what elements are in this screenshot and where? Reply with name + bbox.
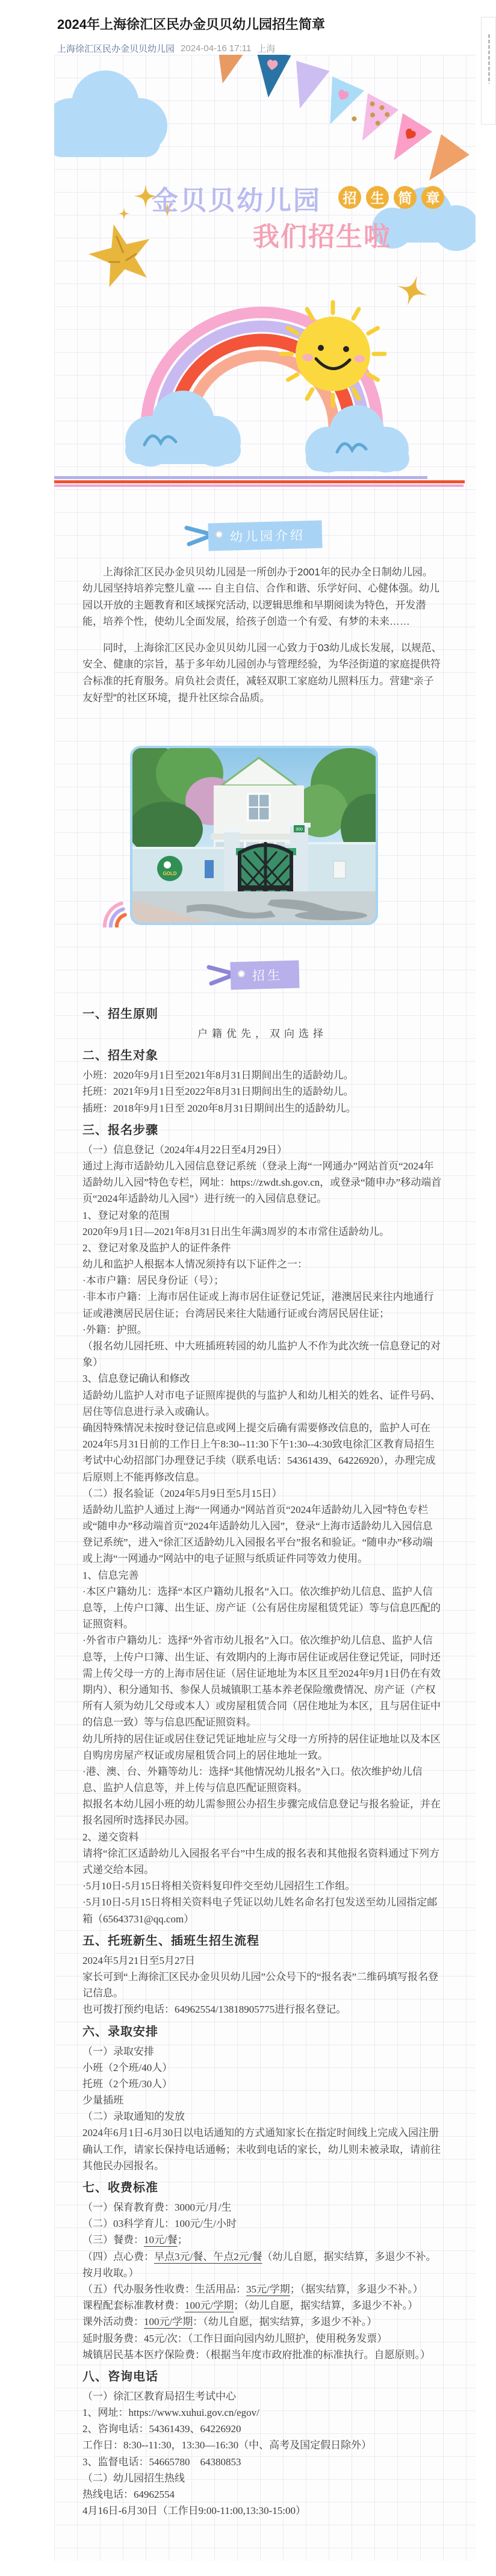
tag-hole-icon (215, 531, 223, 538)
article-paragraph: ·5月10日-5月15日将相关资料复印件交至幼儿园招生工作组。 (82, 1878, 442, 1894)
banner-badge: 招 (338, 186, 361, 209)
article-paragraph: 户籍优先，双向选择 (82, 1026, 442, 1042)
cloud-bottom-right-icon (305, 405, 409, 472)
article-paragraph: 通过上海市适龄幼儿入园信息登记系统（登录上海“一网通办”网站首页“2024年适龄… (82, 1158, 442, 1207)
article-paragraph: 2、递交资料 (82, 1829, 442, 1845)
cloud-bottom-left-icon (125, 391, 241, 466)
banner-badge: 简 (394, 186, 417, 209)
cloud-top-left-icon (54, 70, 167, 157)
stripe-red (54, 480, 465, 483)
article-paragraph: 2020年9月1日—2021年8月31日出生年满3周岁的本市常住适龄幼儿。 (82, 1224, 442, 1240)
article-paragraph: （一）保育教育费：3000元/月/生 (82, 2199, 442, 2215)
article-paragraph: 3、监督电话：54665780 64380853 (82, 2454, 442, 2470)
article-paragraph: 4月16日-6月30日（工作日9:00-11:00,13:30-15:00） (82, 2503, 442, 2519)
banner-slogan: 我们招生啦 (253, 215, 391, 253)
article-paragraph: 插班：2018年9月1日至 2020年8月31日期间出生的适龄幼儿。 (82, 1100, 442, 1116)
rainbow-decal-icon (94, 893, 131, 927)
article-paragraph: ·5月10日-5月15日将相关资料电子凭证以幼儿姓名命名打包发送至幼儿园指定邮箱… (82, 1894, 442, 1927)
article-paragraph: （五）代办服务性收费：生活用品：35元/学期；（据实结算，多退少不补。） (82, 2281, 442, 2297)
article-paragraph: 少量插班 (82, 2092, 442, 2108)
article-heading: 一、招生原则 (82, 1005, 442, 1024)
article-paragraph: 托班（2个班/30人） (82, 2076, 442, 2092)
article-paragraph: （二）报名验证（2024年5月9日至5月15日） (82, 1485, 442, 1502)
tag-hole-icon (238, 970, 245, 977)
article-paragraph: ·本市户籍：居民身份证（号）； (82, 1272, 442, 1289)
article-paragraph: ·港、澳、台、外籍等幼儿：选择“其他情况幼儿报名”入口。依次维护幼儿信息、监护人… (82, 1763, 442, 1796)
svg-text:300: 300 (296, 828, 303, 832)
article-header: 2024年上海徐汇区民办金贝贝幼儿园招生简章 上海徐汇区民办金贝贝幼儿园 202… (0, 0, 496, 55)
article-paragraph: 也可拨打预约电话：64962554/13818905775进行报名登记。 (82, 2001, 442, 2017)
article-paragraph: 幼儿和监护人根据本人情况须持有以下证件之一： (82, 1256, 442, 1272)
article-body: 金贝贝幼儿园 招生简章 我们招生啦 幼儿园介绍 上海徐汇区民办金贝贝幼儿园是一所… (54, 55, 476, 2562)
kindergarten-photo: GOLD 金贝贝幼儿园 300 (130, 746, 378, 925)
scrollbar-thumb[interactable] (488, 34, 490, 84)
article-paragraph: 工作日：8:30--11:30，13:30—16:30（中、高考及国定假日除外） (82, 2437, 442, 2453)
article-heading: 三、报名步骤 (82, 1121, 442, 1140)
article-paragraph: （报名幼儿园托班、中大班插班转园的幼儿监护人不作为此次统一信息登记的对象） (82, 1338, 442, 1370)
intro-ribbon-label: 幼儿园介绍 (208, 520, 322, 551)
article-paragraph: 2024年6月1日-6月30日以电话通知的方式通知家长在指定时间线上完成入园注册… (82, 2125, 442, 2174)
article-paragraph: ·外省市户籍幼儿：选择“外省市幼儿报名”入口。依次维护幼儿信息、监护人信息等，上… (82, 1632, 442, 1730)
article-paragraph: （二）幼儿园招生热线 (82, 2470, 442, 2486)
section-intro: 幼儿园介绍 (54, 522, 476, 547)
article-paragraph: （四）点心费：早点3元/餐、午点2元/餐（幼儿自愿，据实结算，多退少不补。按月收… (82, 2249, 442, 2281)
publish-date: 2024-04-16 17:11 (181, 43, 251, 54)
article-paragraph: 2、登记对象及监护人的证件条件 (82, 1240, 442, 1256)
banner-badges: 招生简章 (338, 186, 444, 209)
article-paragraph: 1、登记对象的范围 (82, 1207, 442, 1224)
account-link[interactable]: 上海徐汇区民办金贝贝幼儿园 (57, 42, 175, 55)
gate-photo-illustration: GOLD 金贝贝幼儿园 300 (132, 748, 376, 923)
banner-badge: 生 (366, 186, 389, 209)
section-enroll: 招生 (54, 961, 476, 986)
article-paragraph: （一）信息登记（2024年4月22日至4月29日） (82, 1142, 442, 1158)
article-paragraph: 2、咨询电话：54361439、64226920 (82, 2421, 442, 2437)
article-paragraph: （一）徐汇区教育局招生考试中心 (82, 2388, 442, 2404)
page-title: 2024年上海徐汇区民办金贝贝幼儿园招生简章 (57, 16, 472, 34)
article-paragraph: 2024年5月21日至5月27日 (82, 1952, 442, 1969)
article-paragraph: 托班：2021年9月1日至2022年8月31日期间出生的适龄幼儿。 (82, 1083, 442, 1100)
publish-location: 上海 (257, 42, 275, 55)
article-paragraph: 拟报名本幼儿园小班的幼儿需参照公办招生步骤完成信息登记与报名验证，并在报名园所时… (82, 1796, 442, 1828)
article-paragraph: （一）录取安排 (82, 2043, 442, 2060)
article-paragraph: 延时服务费：45元/次：（工作日面向园内幼儿照护，使用税务发票） (82, 2330, 442, 2347)
intro-paragraph: 同时，上海徐汇区民办金贝贝幼儿园一心致力于03幼儿成长发展，以规范、安全、健康的… (82, 640, 442, 706)
article-paragraph: 3、信息登记确认和修改 (82, 1370, 442, 1387)
intro-paragraph: 上海徐汇区民办金贝贝幼儿园是一所创办于2001年的民办全日制幼儿园。幼儿园坚持培… (82, 564, 442, 630)
article-paragraph: 课外活动费：100元/学期：（幼儿自愿，据实结算，多退少不补。） (82, 2314, 442, 2330)
stripe-purple (54, 476, 427, 479)
article-paragraph: 小班：2020年9月1日至2021年8月31日期间出生的适龄幼儿。 (82, 1067, 442, 1083)
article-paragraph: 课程配套标准教材费：100元/学期；（幼儿自愿，据实结算，多退少不补。） (82, 2297, 442, 2314)
intro-paragraphs: 上海徐汇区民办金贝贝幼儿园是一所创办于2001年的民办全日制幼儿园。幼儿园坚持培… (82, 564, 442, 706)
article-paragraph: （二）03科学育儿：100元/生/小时 (82, 2215, 442, 2232)
article-paragraph: ·非本市户籍：上海市居住证或上海市居住证登记凭证，港澳居民来往内地通行证或港澳居… (82, 1289, 442, 1321)
gate-icon (236, 842, 296, 891)
article-paragraph: （二）录取通知的发放 (82, 2108, 442, 2125)
article-meta: 上海徐汇区民办金贝贝幼儿园 2024-04-16 17:11 上海 (57, 42, 472, 55)
article-paragraph: 适龄幼儿监护人通过上海“一网通办”网站首页“2024年适龄幼儿入园”特色专栏或“… (82, 1502, 442, 1567)
scrollbar-track[interactable] (481, 17, 496, 125)
article-paragraph: 幼儿所持的居住证或居住登记凭证地址应与父母一方所持的居住证地址以及本区自购房房屋… (82, 1731, 442, 1763)
article-heading: 八、咨询电话 (82, 2367, 442, 2386)
stripe-pink (54, 485, 463, 487)
ground-icon (132, 891, 376, 923)
article-paragraph: ·本区户籍幼儿：选择“本区户籍幼儿报名”入口。依次维护幼儿信息、监护人信息等，上… (82, 1584, 442, 1633)
article-paragraph: ·外籍：护照。 (82, 1322, 442, 1338)
article-heading: 二、招生对象 (82, 1046, 442, 1065)
bunting-flags-icon (209, 55, 469, 191)
article-paragraph: （三）餐费：10元/餐； (82, 2232, 442, 2248)
article-paragraph: 小班（2个班/40人） (82, 2060, 442, 2076)
article-paragraph: 1、信息完善 (82, 1567, 442, 1584)
banner-badge: 章 (421, 186, 444, 209)
banner-kindergarten-name: 金贝贝幼儿园 (152, 179, 321, 217)
article-heading: 六、录取安排 (82, 2022, 442, 2042)
enrollment-banner: 金贝贝幼儿园 招生简章 我们招生啦 (54, 55, 476, 487)
article-paragraph: 城镇居民基本医疗保险费：（根据当年度市政府批准的标准执行。自愿原则。） (82, 2347, 442, 2363)
article-paragraph: 适龄幼儿监护人对市电子证照库提供的与监护人和幼儿相关的姓名、证件号码、居住等信息… (82, 1387, 442, 1420)
photo-section: GOLD 金贝贝幼儿园 300 (130, 746, 378, 925)
article-heading: 五、托班新生、插班生招生流程 (82, 1931, 442, 1951)
article-paragraph: 家长可到“上海徐汇区民办金贝贝幼儿园”公众号下的“报名表”二维码填写报名登记信息… (82, 1969, 442, 2001)
article-paragraph: 请将“徐汇区适龄幼儿入园报名平台”中生成的报名表和其他报名资料通过下列方式递交给… (82, 1845, 442, 1878)
banner-illustration (54, 55, 476, 487)
svg-text:GOLD: GOLD (163, 871, 176, 876)
article-paragraph: 热线电话：64962554 (82, 2486, 442, 2503)
article-paragraph: 1、网址：https://www.xuhui.gov.cn/egov/ (82, 2404, 442, 2421)
article-heading: 七、收费标准 (82, 2178, 442, 2197)
article-paragraph: 确因特殊情况未按时登记信息或网上提交后确有需要修改信息的，监护人可在2024年5… (82, 1420, 442, 1485)
article-blocks: 一、招生原则户籍优先，双向选择二、招生对象小班：2020年9月1日至2021年8… (82, 1005, 442, 2519)
